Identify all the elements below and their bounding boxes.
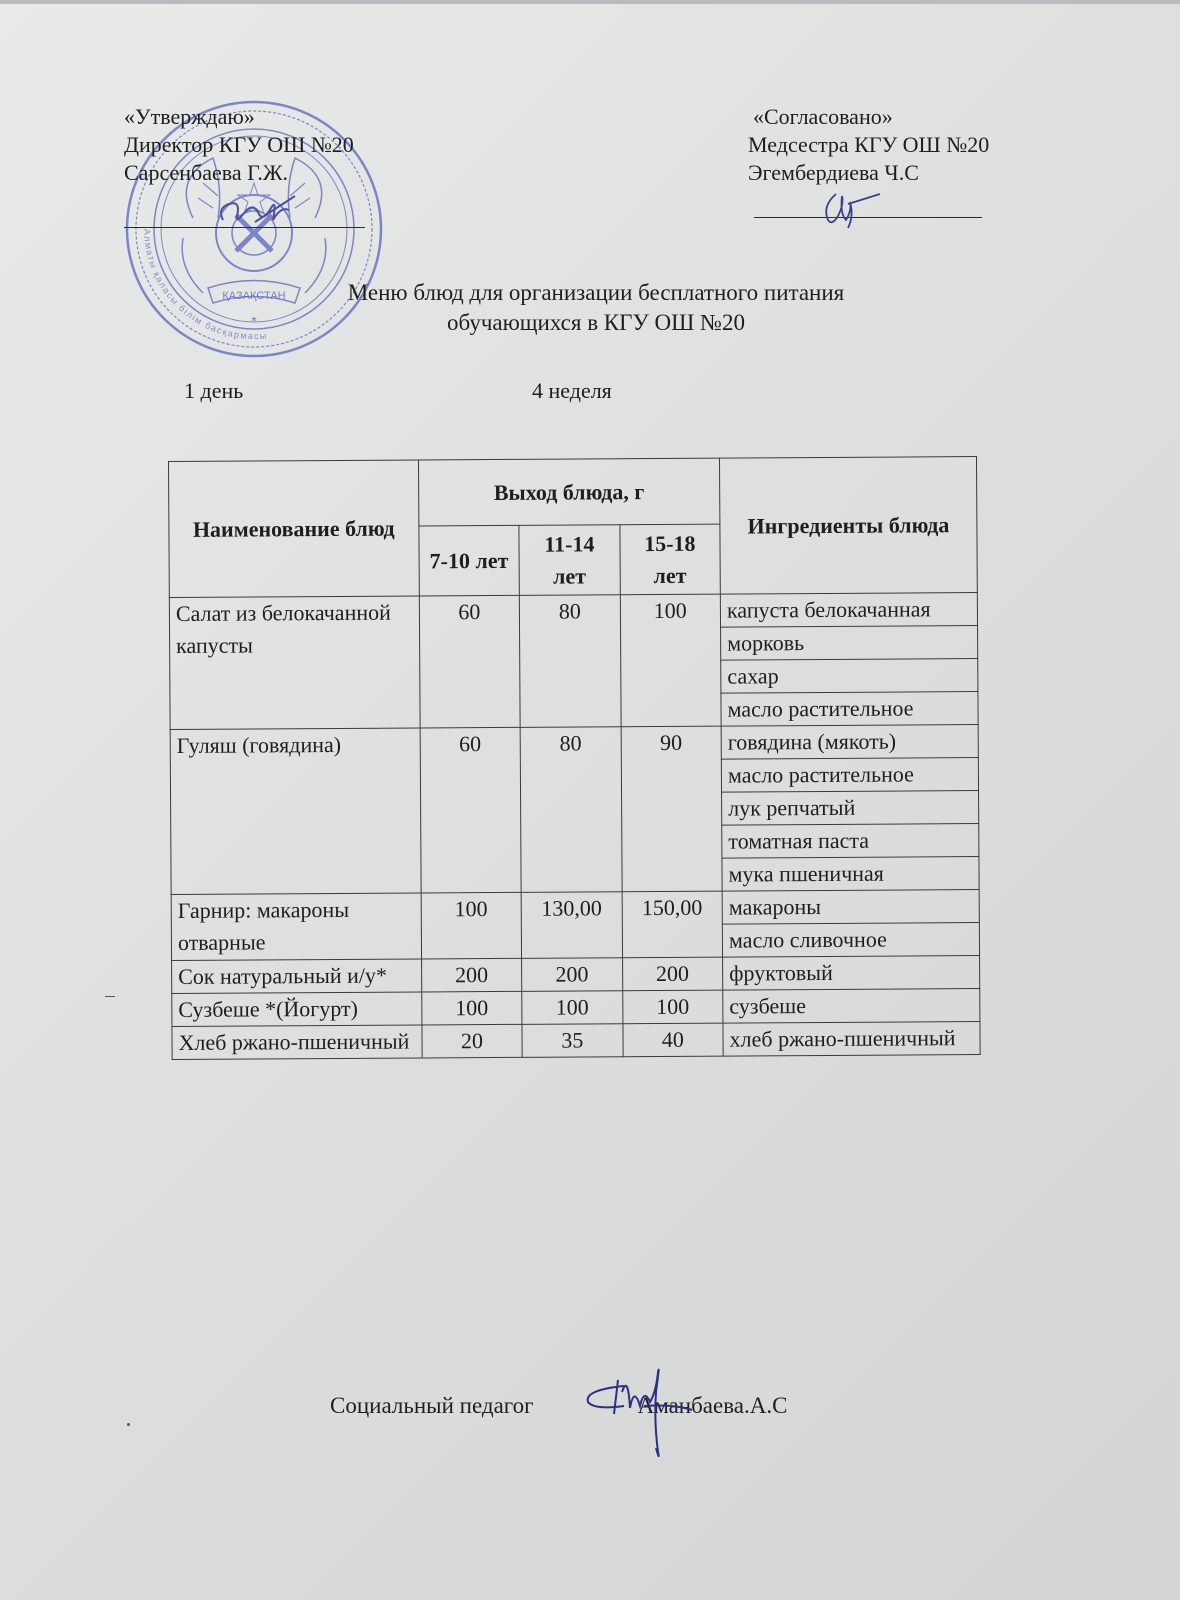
dish-name: Салат из белокачанной капусты <box>169 596 419 730</box>
agreement-heading: «Согласовано» <box>748 103 989 131</box>
approval-name: Сарсенбаева Г.Ж. <box>124 159 354 187</box>
dish-name: Хлеб ржано-пшеничный <box>172 1025 422 1060</box>
ingredient: сахар <box>721 659 978 694</box>
ingredient: капуста белокачанная <box>720 593 977 628</box>
menu-table: Наименование блюд Выход блюда, г Ингреди… <box>168 456 981 1060</box>
yield-11-14: 200 <box>522 958 623 992</box>
yield-11-14: 80 <box>519 595 620 728</box>
ingredient: масло сливочное <box>722 923 979 958</box>
footer-signature-block: Социальный педагогАманбаева.А.С <box>330 1393 787 1419</box>
approval-heading: «Утверждаю» <box>124 103 354 131</box>
ingredient: лук репчатый <box>722 791 979 826</box>
director-signature-icon <box>215 190 305 230</box>
ingredient: фруктовый <box>723 956 980 991</box>
yield-15-18: 150,00 <box>622 891 723 958</box>
document-title-line2: обучающихся в КГУ ОШ №20 <box>0 308 1180 337</box>
agreement-position: Медсестра КГУ ОШ №20 <box>748 131 989 159</box>
yield-15-18: 40 <box>623 1023 724 1057</box>
dish-name: Гарнир: макароны отварные <box>171 893 421 961</box>
yield-11-14: 35 <box>522 1024 623 1058</box>
speck <box>127 1423 130 1426</box>
approval-position: Директор КГУ ОШ №20 <box>124 131 354 159</box>
yield-15-18: 90 <box>621 726 722 892</box>
table-row: Салат из белокачанной капусты6080100капу… <box>169 593 977 631</box>
ingredient: говядина (мякоть) <box>721 725 978 760</box>
header-yield: Выход блюда, г <box>418 458 720 526</box>
ingredient: томатная паста <box>722 824 979 859</box>
ingredient: сузбеше <box>723 989 980 1024</box>
dish-name: Сок натуральный и/у* <box>172 959 422 994</box>
yield-7-10: 100 <box>421 991 522 1025</box>
social-pedagogue-signature-icon <box>584 1362 714 1462</box>
table-row: Сок натуральный и/у*200200200фруктовый <box>172 956 980 994</box>
yield-7-10: 60 <box>420 727 521 893</box>
agreement-block: «Согласовано» Медсестра КГУ ОШ №20 Эгемб… <box>748 103 989 187</box>
approval-block: «Утверждаю» Директор КГУ ОШ №20 Сарсенба… <box>124 103 354 187</box>
table-row: Сузбеше *(Йогурт)100100100сузбеше <box>172 989 980 1027</box>
document-title-line1: Меню блюд для организации бесплатного пи… <box>0 278 1180 307</box>
ingredient: хлеб ржано-пшеничный <box>723 1022 980 1057</box>
ingredient: мука пшеничная <box>722 857 979 892</box>
header-age-7-10: 7-10 лет <box>419 525 520 596</box>
yield-7-10: 60 <box>419 595 520 728</box>
header-dish: Наименование блюд <box>169 460 419 598</box>
table-row: Хлеб ржано-пшеничный203540хлеб ржано-пше… <box>172 1022 980 1060</box>
speck <box>105 996 115 997</box>
yield-15-18: 100 <box>622 990 723 1024</box>
yield-7-10: 200 <box>421 958 522 992</box>
yield-15-18: 100 <box>620 594 721 727</box>
agreement-name: Эгембердиева Ч.С <box>748 159 989 187</box>
yield-7-10: 100 <box>421 892 522 959</box>
header-age-15-18: 15-18 лет <box>619 524 720 595</box>
table-row: Гарнир: макароны отварные100130,00150,00… <box>171 890 979 928</box>
yield-7-10: 20 <box>422 1024 523 1058</box>
day-label: 1 день <box>184 378 243 404</box>
photo-edge <box>0 0 1180 4</box>
ingredient: морковь <box>721 626 978 661</box>
ingredient: макароны <box>722 890 979 925</box>
ingredient: масло растительное <box>721 692 978 727</box>
dish-name: Гуляш (говядина) <box>170 728 421 895</box>
header-age-11-14: 11-14 лет <box>519 525 620 596</box>
footer-role: Социальный педагог <box>330 1393 534 1419</box>
dish-name: Сузбеше *(Йогурт) <box>172 992 422 1027</box>
yield-11-14: 100 <box>522 991 623 1025</box>
yield-11-14: 130,00 <box>521 892 622 959</box>
header-ingredients: Ингредиенты блюда <box>720 457 978 595</box>
week-label: 4 неделя <box>532 378 612 404</box>
yield-11-14: 80 <box>520 727 621 893</box>
ingredient: масло растительное <box>721 758 978 793</box>
table-row: Гуляш (говядина)608090говядина (мякоть) <box>170 725 978 763</box>
nurse-signature-icon <box>818 186 888 232</box>
yield-15-18: 200 <box>622 957 723 991</box>
